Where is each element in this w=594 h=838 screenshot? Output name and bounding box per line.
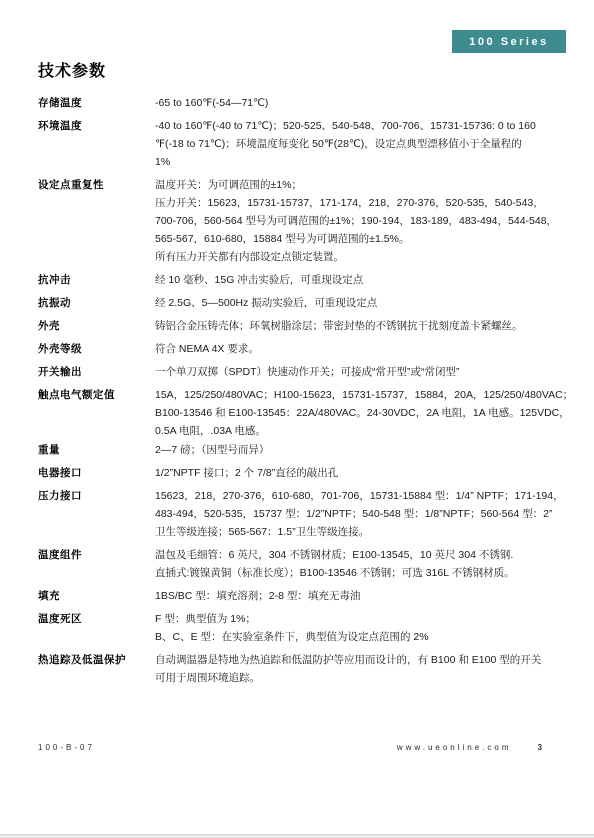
spec-label: 开关输出 bbox=[38, 363, 155, 381]
spec-label: 存储温度 bbox=[38, 94, 155, 112]
page-content: 技术参数 存储温度 -65 to 160℉(-54—71℃) 环境温度 -40 … bbox=[0, 0, 594, 687]
spec-value: 15A，125/250/480VAC；H100-15623，15731-1573… bbox=[155, 386, 570, 440]
spec-label: 抗振动 bbox=[38, 294, 155, 312]
document-page: 100 Series 技术参数 存储温度 -65 to 160℉(-54—71℃… bbox=[0, 0, 594, 838]
spec-value: 温度开关：为可调范围的±1%； 压力开关：15623，15731-15737，1… bbox=[155, 176, 570, 266]
website-url: www.ueonline.com bbox=[397, 743, 512, 752]
spec-row: 设定点重复性 温度开关：为可调范围的±1%； 压力开关：15623，15731-… bbox=[38, 176, 570, 266]
spec-value: 2—7 磅；（因型号而异） bbox=[155, 441, 570, 459]
spec-label: 设定点重复性 bbox=[38, 176, 155, 266]
spec-row: 填充 1BS/BC 型：填充溶剂；2-8 型：填充无毒油 bbox=[38, 587, 570, 605]
spec-label: 外壳 bbox=[38, 317, 155, 335]
spec-row: 温度死区 F 型：典型值为 1%； B、C、E 型：在实验室条件下，典型值为设定… bbox=[38, 610, 570, 646]
spec-label: 外壳等级 bbox=[38, 340, 155, 358]
spec-table: 存储温度 -65 to 160℉(-54—71℃) 环境温度 -40 to 16… bbox=[38, 94, 570, 687]
spec-label: 填充 bbox=[38, 587, 155, 605]
spec-row: 外壳等级 符合 NEMA 4X 要求。 bbox=[38, 340, 570, 358]
spec-value: 经 10 毫秒、15G 冲击实验后，可重现设定点 bbox=[155, 271, 570, 289]
spec-label: 重量 bbox=[38, 441, 155, 459]
spec-value: 自动调温器是特地为热追踪和低温防护等应用而设计的，有 B100 和 E100 型… bbox=[155, 651, 570, 687]
spec-label: 压力接口 bbox=[38, 487, 155, 541]
spec-row: 抗冲击 经 10 毫秒、15G 冲击实验后，可重现设定点 bbox=[38, 271, 570, 289]
spec-row: 存储温度 -65 to 160℉(-54—71℃) bbox=[38, 94, 570, 112]
spec-value: 15623，218，270-376，610-680，701-706，15731-… bbox=[155, 487, 570, 541]
spec-row: 重量 2—7 磅；（因型号而异） bbox=[38, 441, 570, 459]
spec-value: 铸铝合金压铸壳体；环氧树脂涂层；带密封垫的不锈钢抗干扰刻度盖卡紧螺丝。 bbox=[155, 317, 570, 335]
spec-label: 触点电气额定值 bbox=[38, 386, 155, 440]
spec-row: 开关输出 一个单刀双掷（SPDT）快速动作开关；可接成“常开型”或“常闭型” bbox=[38, 363, 570, 381]
spec-label: 温度死区 bbox=[38, 610, 155, 646]
page-number: 3 bbox=[538, 743, 542, 752]
spec-value: 1/2”NPTF 接口；2 个 7/8”直径的敲出孔 bbox=[155, 464, 570, 482]
page-bottom-edge bbox=[0, 834, 594, 838]
spec-value: 1BS/BC 型：填充溶剂；2-8 型：填充无毒油 bbox=[155, 587, 570, 605]
spec-row: 电器接口 1/2”NPTF 接口；2 个 7/8”直径的敲出孔 bbox=[38, 464, 570, 482]
page-title: 技术参数 bbox=[38, 58, 570, 81]
spec-row: 压力接口 15623，218，270-376，610-680，701-706，1… bbox=[38, 487, 570, 541]
spec-value: F 型：典型值为 1%； B、C、E 型：在实验室条件下，典型值为设定点范围的 … bbox=[155, 610, 570, 646]
spec-row: 外壳 铸铝合金压铸壳体；环氧树脂涂层；带密封垫的不锈钢抗干扰刻度盖卡紧螺丝。 bbox=[38, 317, 570, 335]
spec-value: 温包及毛细管：6 英尺，304 不锈钢材质；E100-13545，10 英尺 3… bbox=[155, 546, 570, 582]
spec-value: 经 2.5G、5—500Hz 振动实验后，可重现设定点 bbox=[155, 294, 570, 312]
spec-row: 抗振动 经 2.5G、5—500Hz 振动实验后，可重现设定点 bbox=[38, 294, 570, 312]
spec-value: 符合 NEMA 4X 要求。 bbox=[155, 340, 570, 358]
page-footer: 100-B-07 www.ueonline.com 3 bbox=[38, 743, 542, 752]
spec-label: 温度组件 bbox=[38, 546, 155, 582]
spec-label: 抗冲击 bbox=[38, 271, 155, 289]
footer-right: www.ueonline.com 3 bbox=[397, 743, 542, 752]
spec-value: -40 to 160℉(-40 to 71℃)；520-525、540-548、… bbox=[155, 117, 570, 171]
spec-label: 电器接口 bbox=[38, 464, 155, 482]
spec-label: 热追踪及低温保护 bbox=[38, 651, 155, 687]
spec-row: 环境温度 -40 to 160℉(-40 to 71℃)；520-525、540… bbox=[38, 117, 570, 171]
spec-row: 热追踪及低温保护 自动调温器是特地为热追踪和低温防护等应用而设计的，有 B100… bbox=[38, 651, 570, 687]
spec-label: 环境温度 bbox=[38, 117, 155, 171]
spec-row: 触点电气额定值 15A，125/250/480VAC；H100-15623，15… bbox=[38, 386, 570, 440]
spec-value: -65 to 160℉(-54—71℃) bbox=[155, 94, 570, 112]
spec-row: 温度组件 温包及毛细管：6 英尺，304 不锈钢材质；E100-13545，10… bbox=[38, 546, 570, 582]
spec-value: 一个单刀双掷（SPDT）快速动作开关；可接成“常开型”或“常闭型” bbox=[155, 363, 570, 381]
series-banner: 100 Series bbox=[452, 30, 566, 53]
document-code: 100-B-07 bbox=[38, 743, 95, 752]
